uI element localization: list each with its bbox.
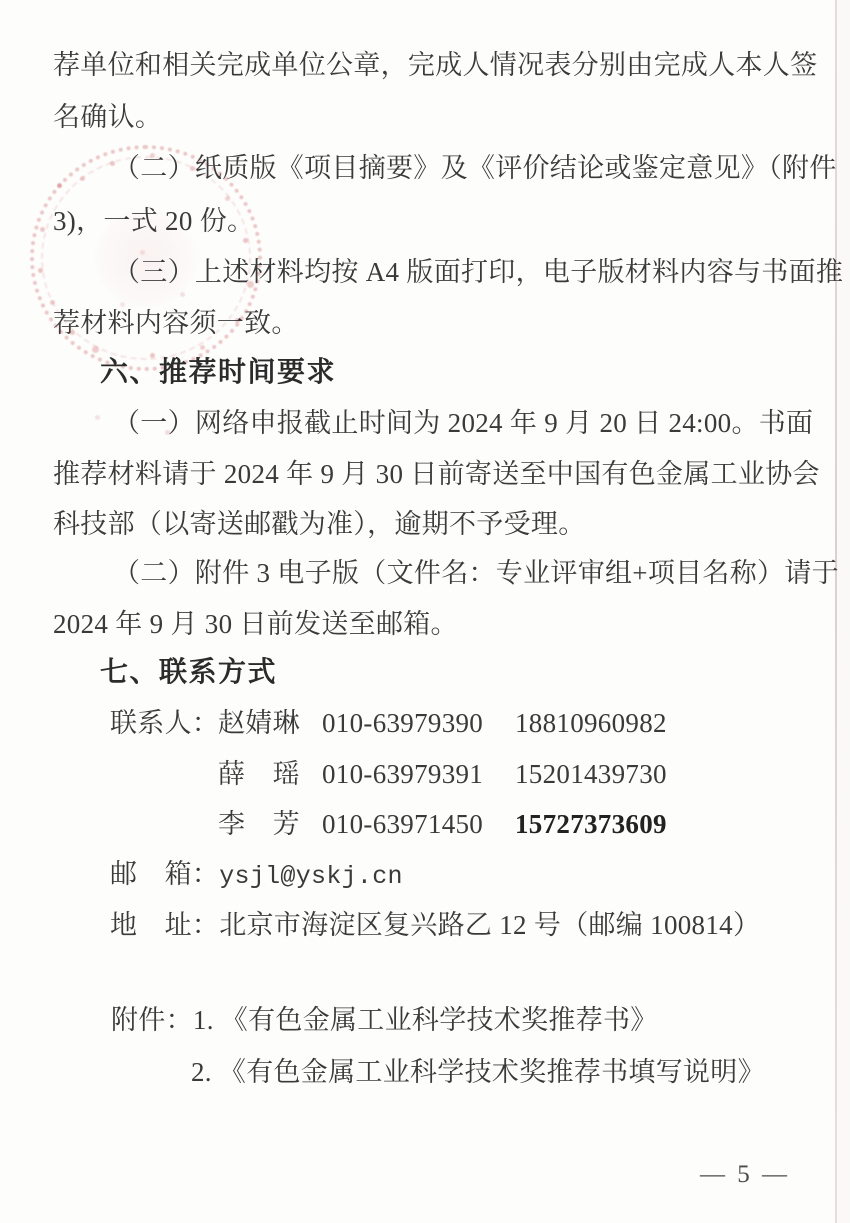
contact-row: 薛 瑶010-6397939115201439730 xyxy=(110,758,667,790)
body-line: 推荐材料请于 2024 年 9 月 30 日前寄送至中国有色金属工业协会 xyxy=(53,458,820,490)
body-line: （二）纸质版《项目摘要》及《评价结论或鉴定意见》（附件 xyxy=(113,152,837,184)
body-line: 名确认。 xyxy=(53,101,162,133)
attachment-row-2: 2. 《有色金属工业科学技术奖推荐书填写说明》 xyxy=(191,1056,765,1088)
email-label: 邮 箱： xyxy=(110,859,219,889)
contact-mobile: 18810960982 xyxy=(515,708,667,738)
contact-mobile: 15201439730 xyxy=(515,759,667,789)
attachment-row-1: 附件：1. 《有色金属工业科学技术奖推荐书》 xyxy=(111,1004,658,1036)
body-line: 3)，一式 20 份。 xyxy=(53,205,254,237)
section-heading-6: 六、推荐时间要求 xyxy=(100,355,336,389)
attachment-item: 1. 《有色金属工业科学技术奖推荐书》 xyxy=(193,1005,658,1035)
scanned-document-page: 荐单位和相关完成单位公章，完成人情况表分别由完成人本人签 名确认。 （二）纸质版… xyxy=(0,0,850,1223)
contact-row: 李 芳010-6397145015727373609 xyxy=(110,808,667,840)
contact-name: 薛 瑶 xyxy=(218,758,322,790)
body-line: 荐单位和相关完成单位公章，完成人情况表分别由完成人本人签 xyxy=(53,49,817,81)
stamp-speckles xyxy=(0,0,5,5)
body-line: 2024 年 9 月 30 日前发送至邮箱。 xyxy=(53,608,458,640)
page-number: — 5 — xyxy=(700,1160,790,1190)
attachments-label: 附件： xyxy=(111,1005,193,1035)
address-row: 地 址：北京市海淀区复兴路乙 12 号（邮编 100814） xyxy=(110,909,760,941)
contact-name: 赵婧琳 xyxy=(218,707,322,739)
email-row: 邮 箱：ysjl@yskj.cn xyxy=(110,858,403,892)
attachment-item: 2. 《有色金属工业科学技术奖推荐书填写说明》 xyxy=(191,1057,765,1087)
body-line: 科技部（以寄送邮戳为准），逾期不予受理。 xyxy=(53,508,586,540)
contact-row: 联系人：赵婧琳010-6397939018810960982 xyxy=(110,707,667,739)
contact-label: 联系人： xyxy=(110,707,218,739)
body-line: （三）上述材料均按 A4 版面打印，电子版材料内容与书面推 xyxy=(113,256,843,288)
scan-edge-strip xyxy=(837,0,850,1223)
contact-phone: 010-63979391 xyxy=(322,758,515,790)
contact-mobile: 15727373609 xyxy=(515,809,667,839)
body-line: （一）网络申报截止时间为 2024 年 9 月 20 日 24:00。书面 xyxy=(113,407,813,439)
section-heading-7: 七、联系方式 xyxy=(100,655,277,689)
address-value: 北京市海淀区复兴路乙 12 号（邮编 100814） xyxy=(219,910,760,940)
contact-name: 李 芳 xyxy=(218,808,322,840)
address-label: 地 址： xyxy=(110,910,219,940)
email-value: ysjl@yskj.cn xyxy=(219,862,403,891)
contact-phone: 010-63971450 xyxy=(322,808,515,840)
body-line: 荐材料内容须一致。 xyxy=(53,307,299,339)
body-line: （二）附件 3 电子版（文件名：专业评审组+项目名称）请于 xyxy=(113,557,839,589)
contact-phone: 010-63979390 xyxy=(322,707,515,739)
